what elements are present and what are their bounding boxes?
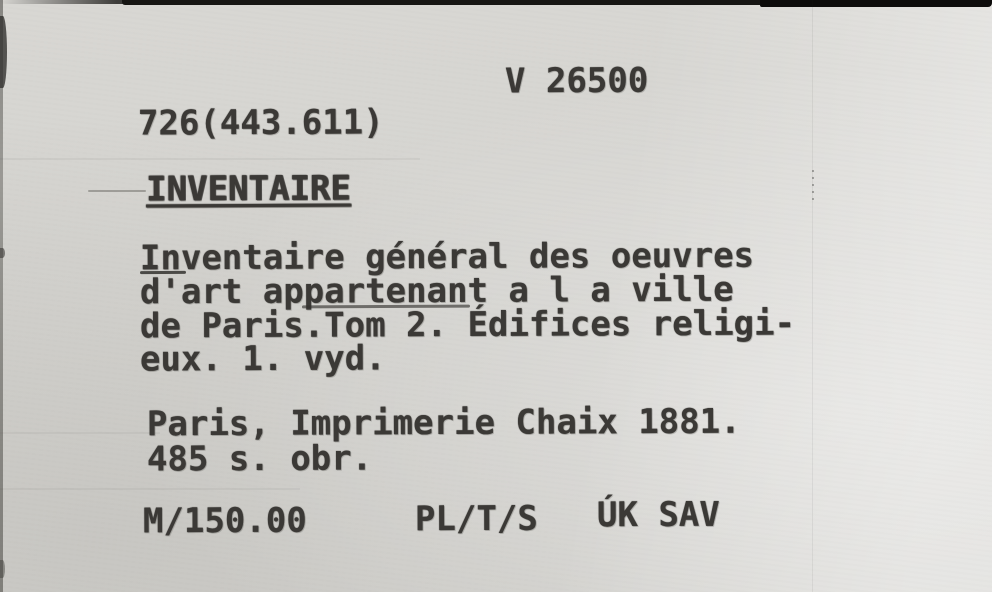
pencil-mark [88,190,146,192]
classification-number: 726(443.611) [138,105,384,140]
paper-streak-3 [0,432,160,434]
paper-streak-1 [0,158,420,160]
scan-blob-top-left [0,16,7,88]
title-line-3: de Paris.Tom 2. Édifices religi- [140,307,795,344]
shelf-number: V 26500 [505,64,648,99]
catalog-card-scan: V 26500 726(443.611) INVENTAIRE Inventai… [0,0,992,592]
underline-mark-in [140,271,186,274]
crease-specks [812,170,814,200]
price-code: M/150.00 [143,504,307,539]
scan-speck-left [0,248,5,258]
paper-streak-2 [0,488,300,490]
heading-entry-word: INVENTAIRE [146,172,351,207]
scan-edge-top-fade [0,0,130,4]
scan-edge-top-right [760,0,992,7]
vertical-crease [812,0,813,592]
library-stamp: ÚK SAV [597,498,720,533]
collation-line: 485 s. obr. [147,442,372,477]
scan-edge-left [0,0,3,592]
imprint-line: Paris, Imprimerie Chaix 1881. [147,405,741,442]
format-code: PL/T/S [415,502,538,537]
title-line-4: eux. 1. vyd. [140,341,386,376]
scan-speck-left-bottom [0,560,5,578]
